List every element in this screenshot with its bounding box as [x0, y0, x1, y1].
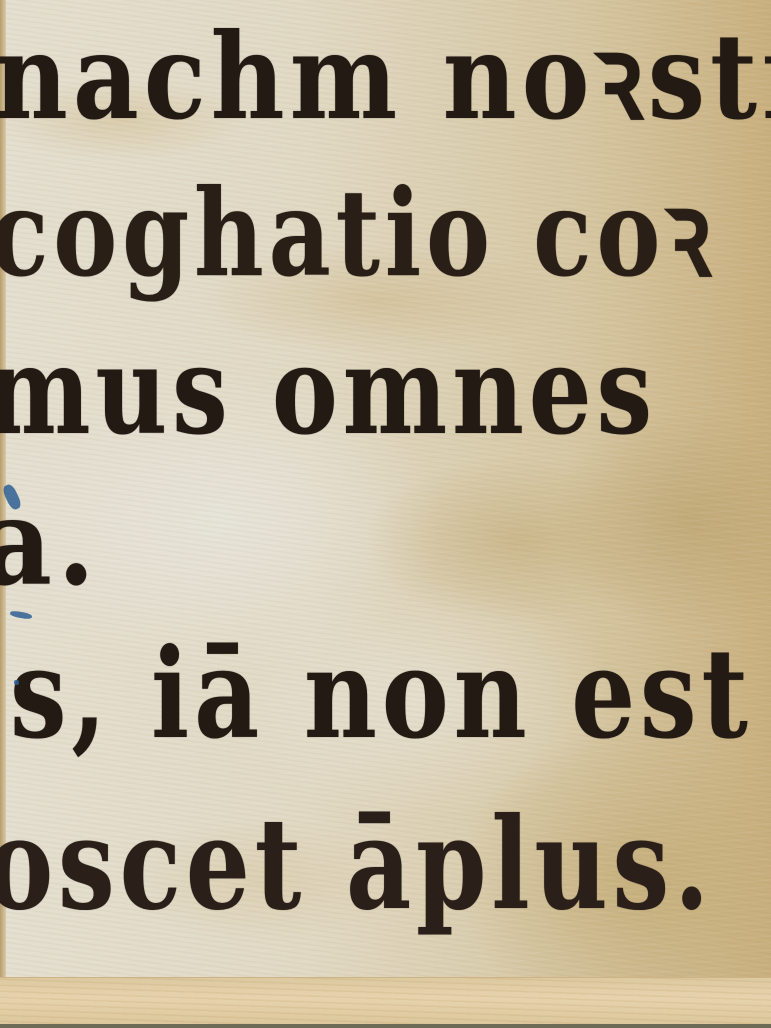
text-line-2: coghatio coꝛ — [0, 148, 715, 311]
text-line-5: s, iā non est — [10, 622, 753, 767]
text-line-6: oscet āplus. — [0, 790, 714, 938]
text-line-1: nachm noꝛstri — [0, 0, 771, 153]
text-line-3: mus omnes — [0, 318, 657, 462]
blue-ink-dot — [14, 680, 19, 685]
manuscript-photo: nachm noꝛstri coghatio coꝛ mus omnes a. … — [0, 0, 771, 1028]
bottom-shadow — [0, 1024, 771, 1028]
wooden-board — [0, 977, 771, 1028]
